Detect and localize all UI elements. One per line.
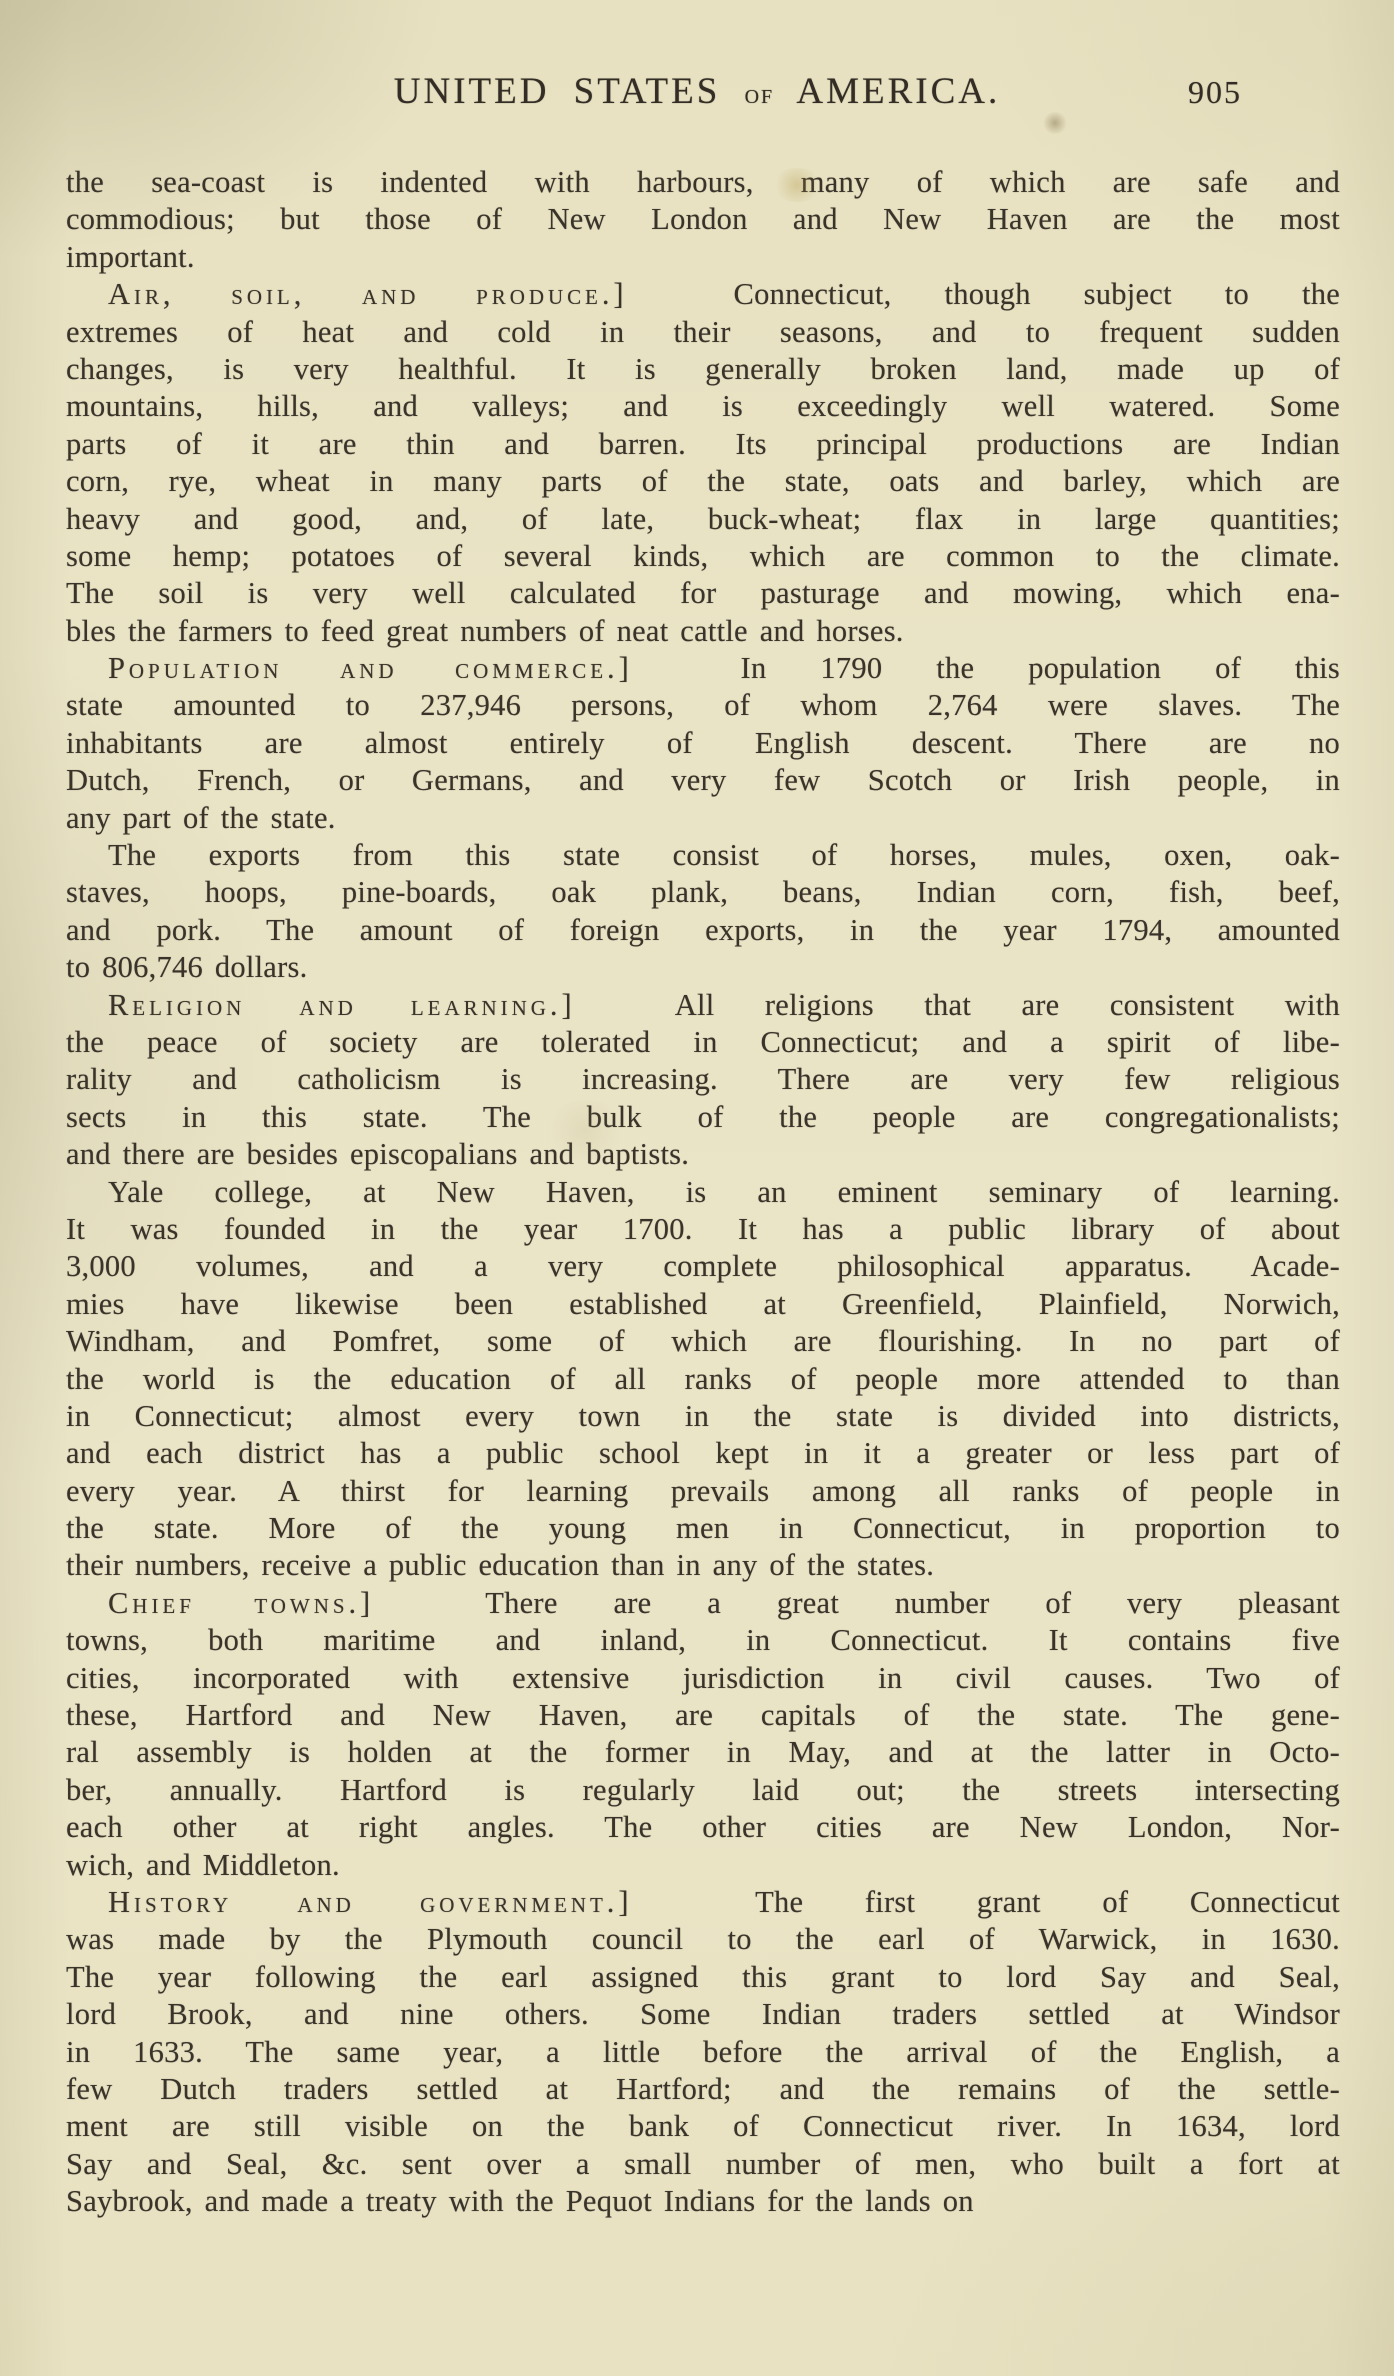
text-line: commodious; but those of New London and … bbox=[66, 201, 1340, 238]
text-line: any part of the state. bbox=[66, 800, 1340, 837]
text-line: and pork. The amount of foreign exports,… bbox=[66, 912, 1340, 949]
running-title-tail: AMERICA. bbox=[796, 71, 1000, 112]
page-header: UNITED STATES of AMERICA. 905 bbox=[0, 70, 1394, 116]
text-line: every year. A thirst for learning prevai… bbox=[66, 1473, 1340, 1510]
text-line: cities, incorporated with extensive juri… bbox=[66, 1660, 1340, 1697]
text-line: 3,000 volumes, and a very complete philo… bbox=[66, 1248, 1340, 1285]
text-line: ral assembly is holden at the former in … bbox=[66, 1734, 1340, 1771]
running-title-of: of bbox=[745, 79, 775, 110]
text-line: towns, both maritime and inland, in Conn… bbox=[66, 1622, 1340, 1659]
text-line: staves, hoops, pine-boards, oak plank, b… bbox=[66, 874, 1340, 911]
text-line: Windham, and Pomfret, some of which are … bbox=[66, 1323, 1340, 1360]
text-line: the world is the education of all ranks … bbox=[66, 1361, 1340, 1398]
text-line: Religion and learning.] All religions th… bbox=[66, 987, 1340, 1024]
text-line: mountains, hills, and valleys; and is ex… bbox=[66, 388, 1340, 425]
text-line: corn, rye, wheat in many parts of the st… bbox=[66, 463, 1340, 500]
text-line: rality and catholicism is increasing. Th… bbox=[66, 1061, 1340, 1098]
text-line: ber, annually. Hartford is regularly lai… bbox=[66, 1772, 1340, 1809]
text-line: in Connecticut; almost every town in the… bbox=[66, 1398, 1340, 1435]
text-line: to 806,746 dollars. bbox=[66, 949, 1340, 986]
text-line: Yale college, at New Haven, is an eminen… bbox=[66, 1174, 1340, 1211]
text-line: their numbers, receive a public educatio… bbox=[66, 1547, 1340, 1584]
text-line: the peace of society are tolerated in Co… bbox=[66, 1024, 1340, 1061]
text-line: these, Hartford and New Haven, are capit… bbox=[66, 1697, 1340, 1734]
text-line: Air, soil, and produce.] Connecticut, th… bbox=[66, 276, 1340, 313]
page-number: 905 bbox=[1188, 74, 1242, 111]
text-line: and there are besides episcopalians and … bbox=[66, 1136, 1340, 1173]
text-line: The exports from this state consist of h… bbox=[66, 837, 1340, 874]
text-line: some hemp; potatoes of several kinds, wh… bbox=[66, 538, 1340, 575]
text-line: Saybrook, and made a treaty with the Peq… bbox=[66, 2183, 1340, 2220]
text-line: extremes of heat and cold in their seaso… bbox=[66, 314, 1340, 351]
text-line: the state. More of the young men in Conn… bbox=[66, 1510, 1340, 1547]
text-line: lord Brook, and nine others. Some Indian… bbox=[66, 1996, 1340, 2033]
text-line: state amounted to 237,946 persons, of wh… bbox=[66, 687, 1340, 724]
section-heading: Population and commerce.] bbox=[108, 651, 633, 685]
text-line: The year following the earl assigned thi… bbox=[66, 1959, 1340, 1996]
section-heading: Chief towns.] bbox=[108, 1586, 374, 1620]
text-line: Population and commerce.] In 1790 the po… bbox=[66, 650, 1340, 687]
text-line: few Dutch traders settled at Hartford; a… bbox=[66, 2071, 1340, 2108]
running-title-main: UNITED STATES bbox=[394, 71, 721, 112]
running-title: UNITED STATES of AMERICA. bbox=[0, 70, 1394, 113]
text-line: Say and Seal, &c. sent over a small numb… bbox=[66, 2146, 1340, 2183]
book-page: UNITED STATES of AMERICA. 905 the sea-co… bbox=[0, 0, 1394, 2376]
text-line: changes, is very healthful. It is genera… bbox=[66, 351, 1340, 388]
text-line: was made by the Plymouth council to the … bbox=[66, 1921, 1340, 1958]
text-line: Dutch, French, or Germans, and very few … bbox=[66, 762, 1340, 799]
text-line: The soil is very well calculated for pas… bbox=[66, 575, 1340, 612]
text-line: inhabitants are almost entirely of Engli… bbox=[66, 725, 1340, 762]
text-line: bles the farmers to feed great numbers o… bbox=[66, 613, 1340, 650]
text-line: the sea-coast is indented with harbours,… bbox=[66, 164, 1340, 201]
section-heading: Air, soil, and produce.] bbox=[108, 277, 628, 311]
text-line: and each district has a public school ke… bbox=[66, 1435, 1340, 1472]
text-line: ment are still visible on the bank of Co… bbox=[66, 2108, 1340, 2145]
text-line: heavy and good, and, of late, buck-wheat… bbox=[66, 501, 1340, 538]
text-line: wich, and Middleton. bbox=[66, 1847, 1340, 1884]
text-line: sects in this state. The bulk of the peo… bbox=[66, 1099, 1340, 1136]
text-line: each other at right angles. The other ci… bbox=[66, 1809, 1340, 1846]
text-line: It was founded in the year 1700. It has … bbox=[66, 1211, 1340, 1248]
section-heading: History and government.] bbox=[108, 1885, 632, 1919]
section-heading: Religion and learning.] bbox=[108, 988, 576, 1022]
text-line: important. bbox=[66, 239, 1340, 276]
text-line: parts of it are thin and barren. Its pri… bbox=[66, 426, 1340, 463]
page-body: the sea-coast is indented with harbours,… bbox=[0, 164, 1394, 2220]
text-line: mies have likewise been established at G… bbox=[66, 1286, 1340, 1323]
text-line: History and government.] The first grant… bbox=[66, 1884, 1340, 1921]
text-line: in 1633. The same year, a little before … bbox=[66, 2034, 1340, 2071]
text-line: Chief towns.] There are a great number o… bbox=[66, 1585, 1340, 1622]
